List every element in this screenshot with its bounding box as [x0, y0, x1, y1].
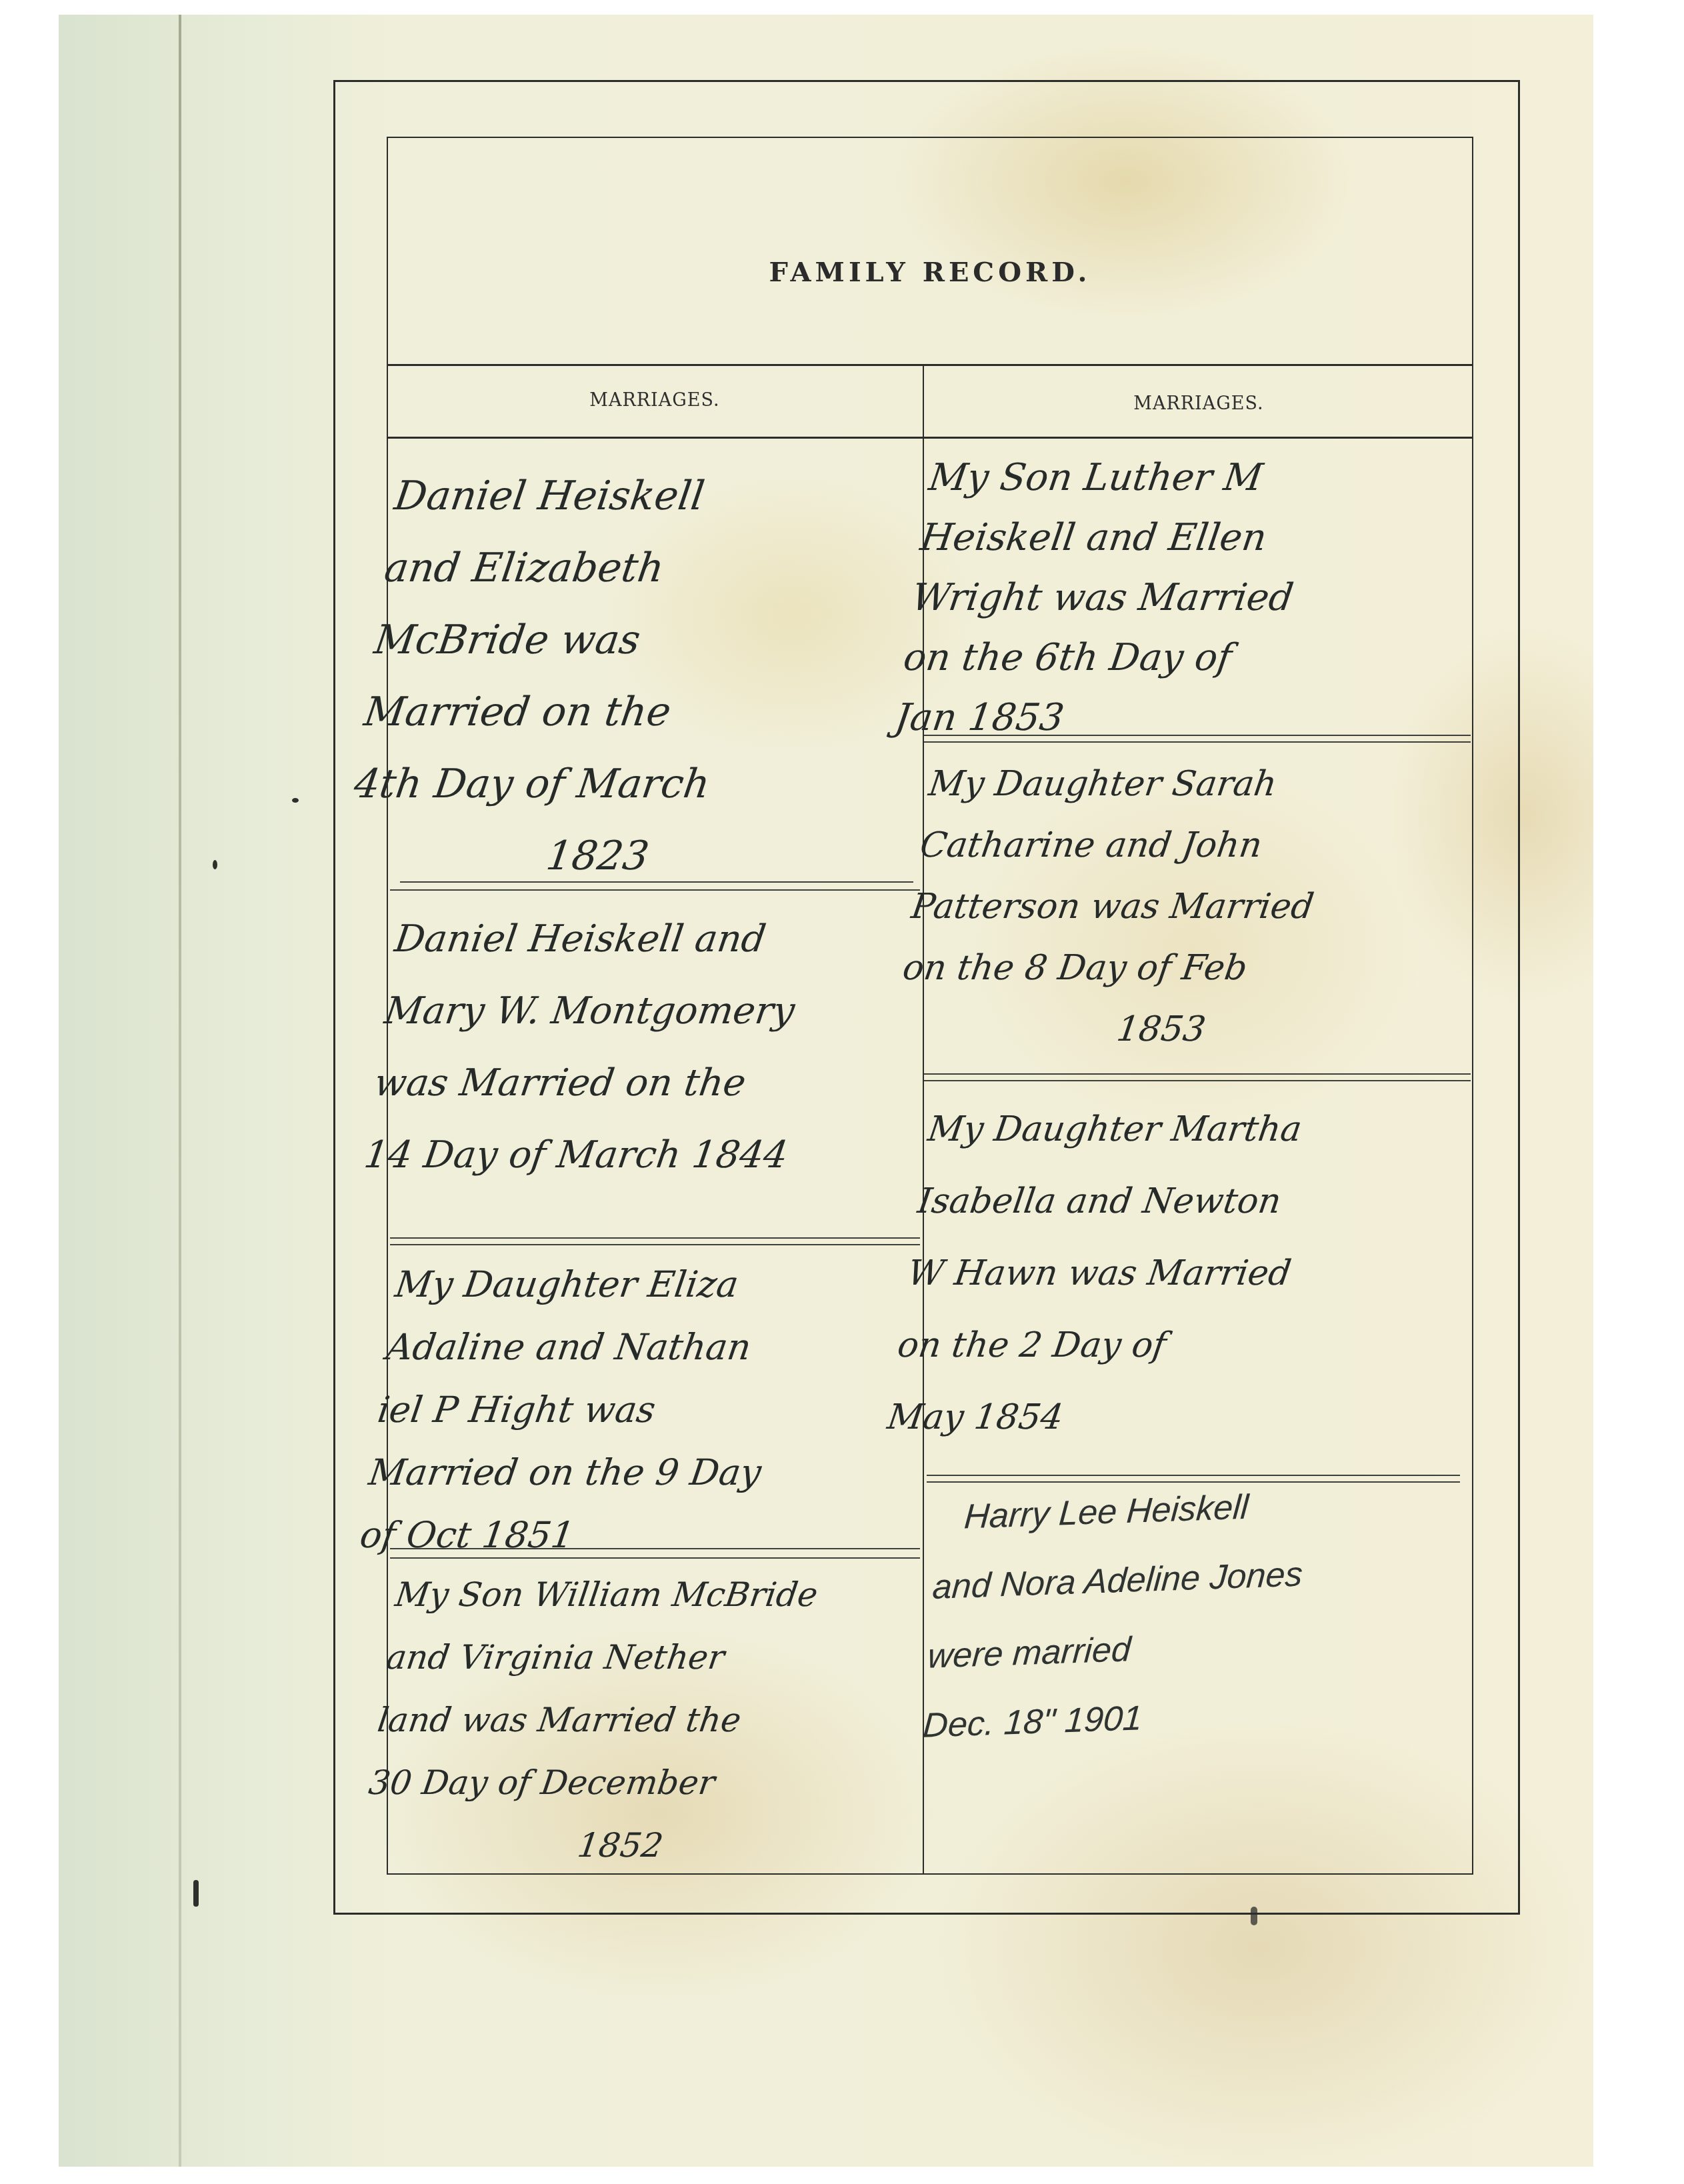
entry-line: Mary W. Montgomery — [380, 975, 910, 1047]
entry-line: McBride was — [369, 604, 886, 676]
entry-year: 1823 — [339, 820, 856, 892]
header-bottom-rule — [387, 437, 1473, 439]
entry-line: My Daughter Sarah — [925, 753, 1467, 815]
entry-line: was Married on the — [369, 1047, 899, 1119]
marriage-entry: Daniel Heiskell and Mary W. Montgomery w… — [359, 903, 920, 1191]
entry-line: on the 2 Day of — [893, 1309, 1436, 1381]
entry-line: W Hawn was Married — [903, 1237, 1446, 1309]
entry-line: land was Married the — [373, 1689, 902, 1751]
entry-line: My Daughter Eliza — [391, 1253, 920, 1316]
entry-line: Married on the 9 Day — [365, 1441, 893, 1504]
entry-line: Married on the — [359, 676, 876, 748]
marriage-entry: My Daughter Sarah Catharine and John Pat… — [890, 753, 1467, 1060]
entry-line: Catharine and John — [916, 815, 1458, 876]
entry-divider — [924, 1073, 1471, 1075]
marriage-entry: My Son Luther M Heiskell and Ellen Wrigh… — [891, 448, 1467, 748]
entry-line: Jan 1853 — [891, 688, 1433, 748]
ink-speck — [292, 798, 299, 803]
page-title: FAMILY RECORD. — [387, 257, 1473, 288]
entry-year: 1853 — [890, 999, 1432, 1060]
entry-line: Daniel Heiskell — [390, 460, 907, 532]
entry-line: on the 8 Day of Feb — [899, 937, 1441, 999]
entry-line: Daniel Heiskell and — [390, 903, 920, 975]
entry-line: My Son William McBride — [391, 1563, 920, 1626]
entry-line: 30 Day of December — [365, 1751, 893, 1814]
entry-year: 1852 — [356, 1814, 885, 1877]
marriage-entry: My Daughter Martha Isabella and Newton W… — [883, 1093, 1467, 1453]
entry-line: of Oct 1851 — [356, 1504, 885, 1567]
marriage-entry: Harry Lee Heiskell and Nora Adeline Jone… — [921, 1464, 1489, 1760]
marriage-entry: My Son William McBride and Virginia Neth… — [356, 1563, 920, 1877]
header-top-rule — [387, 364, 1473, 366]
entry-line: and Elizabeth — [380, 532, 897, 604]
ink-speck — [213, 860, 217, 869]
entry-line: My Son Luther M — [925, 448, 1467, 508]
entry-line: My Daughter Martha — [923, 1093, 1467, 1165]
entry-line: Patterson was Married — [907, 876, 1449, 937]
entry-line: May 1854 — [883, 1381, 1426, 1453]
entry-divider — [390, 1244, 920, 1245]
entry-line: 14 Day of March 1844 — [359, 1119, 889, 1191]
entry-line: Wright was Married — [908, 568, 1450, 628]
entry-line: iel P Hight was — [373, 1379, 902, 1441]
column-header-left: MARRIAGES. — [387, 390, 923, 411]
entry-line: Adaline and Nathan — [383, 1316, 911, 1379]
binding-crease — [179, 15, 181, 2167]
entry-line: and Virginia Nether — [383, 1626, 911, 1689]
marriage-entry: Daniel Heiskell and Elizabeth McBride wa… — [339, 460, 907, 892]
column-header-right: MARRIAGES. — [924, 393, 1473, 414]
marriage-entry: My Daughter Eliza Adaline and Nathan iel… — [356, 1253, 920, 1567]
entry-line: Isabella and Newton — [913, 1165, 1457, 1237]
ink-speck — [193, 1880, 199, 1907]
entry-line: Heiskell and Ellen — [917, 508, 1459, 568]
entry-line: on the 6th Day of — [899, 628, 1441, 688]
entry-divider — [390, 1237, 920, 1239]
entry-divider — [924, 1080, 1471, 1081]
entry-line: 4th Day of March — [349, 748, 866, 820]
